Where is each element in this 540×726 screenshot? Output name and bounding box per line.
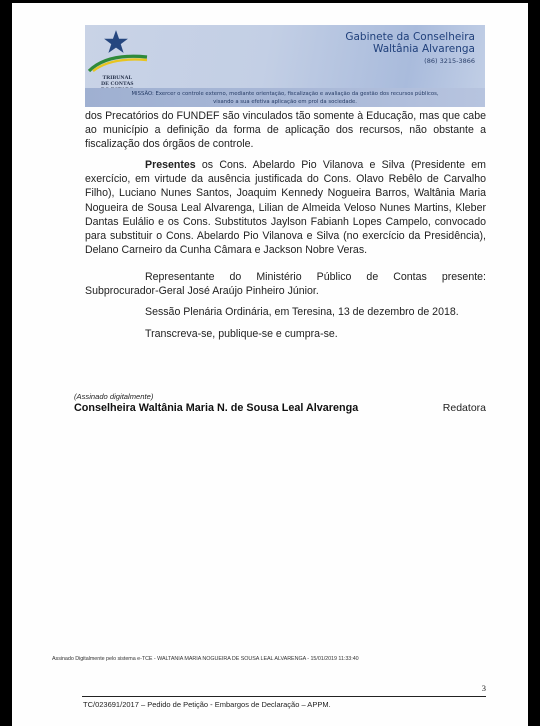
document-page: TRIBUNAL DE CONTAS DO ESTADO DO PIAUÍ Ga… [12, 3, 528, 726]
digital-signature-stamp: Assinado Digitalmente pelo sistema e-TCE… [52, 656, 359, 662]
office-title: Gabinete da Conselheira Waltânia Alvaren… [345, 31, 475, 55]
paragraph-ministerio-publico: Representante do Ministério Público de C… [85, 270, 486, 298]
footer-divider [82, 696, 486, 697]
paragraph-closing: Transcreva-se, publique-se e cumpra-se. [85, 327, 486, 341]
signature-role: Redatora [443, 402, 486, 414]
header-banner: TRIBUNAL DE CONTAS DO ESTADO DO PIAUÍ Ga… [85, 25, 485, 107]
signature-name: Conselheira Waltânia Maria N. de Sousa L… [74, 402, 358, 414]
mission-statement: MISSÃO: Exercer o controle externo, medi… [85, 90, 485, 106]
paragraph-present-members: Presentes os Cons. Abelardo Pio Vilanova… [85, 158, 486, 257]
paragraph-conclusion: dos Precatórios do FUNDEF são vinculados… [85, 109, 486, 152]
footer-reference: TC/023691/2017 – Pedido de Petição - Emb… [83, 700, 331, 709]
logo-arc-icon [87, 51, 149, 73]
office-phone: (86) 3215-3866 [424, 57, 475, 65]
signature-note: (Assinado digitalmente) [74, 392, 153, 401]
presentes-label: Presentes [145, 159, 196, 171]
page-number: 3 [482, 683, 486, 693]
paragraph-session: Sessão Plenária Ordinária, em Teresina, … [85, 305, 486, 319]
